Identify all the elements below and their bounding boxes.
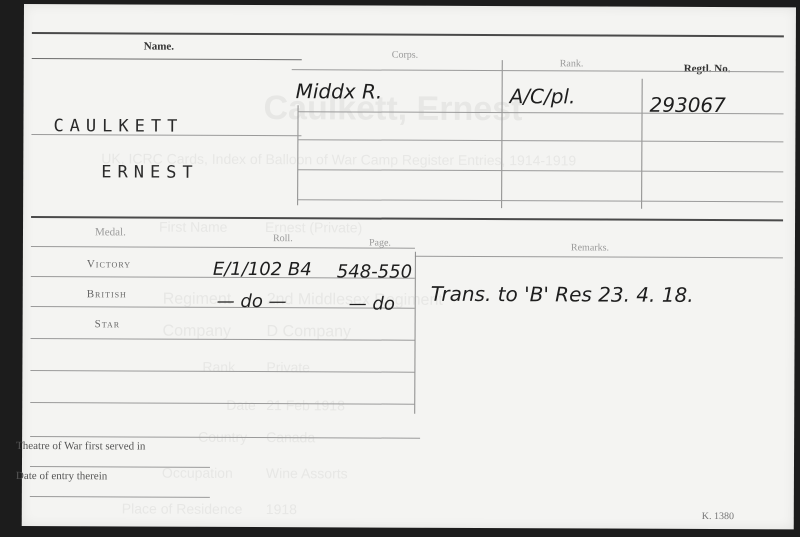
rule-row	[30, 466, 210, 468]
victory-page-value: 548-550	[337, 261, 412, 282]
rule-header-bottom	[32, 58, 302, 60]
british-page-value: — do	[349, 293, 395, 314]
rule-row	[31, 246, 415, 249]
header-corps: Corps.	[392, 50, 418, 61]
surname-value: CAULKETT	[53, 116, 183, 137]
watermark-field-value: 21 Feb 1918	[266, 397, 345, 413]
medal-label-british: British	[87, 288, 127, 300]
rule-row	[297, 139, 783, 142]
header-name: Name.	[144, 41, 174, 53]
form-code: K. 1380	[702, 511, 734, 522]
col-divider-rank	[501, 60, 503, 208]
col-divider-page	[414, 252, 416, 414]
british-roll-value: — do —	[217, 291, 287, 312]
date-entry-label: Date of entry therein	[16, 470, 107, 482]
watermark-field-label: Place of Residence	[122, 500, 243, 517]
rule-row	[30, 402, 414, 405]
header-regtl-no: Regtl. No.	[684, 63, 731, 75]
header-medal: Medal.	[95, 226, 126, 238]
col-divider-regtl	[641, 79, 643, 209]
rank-value: A/C/pl.	[510, 84, 576, 108]
watermark-field-value: Private	[266, 359, 310, 375]
rule-row	[415, 256, 783, 259]
rule-row	[297, 199, 783, 202]
rule-top	[32, 32, 784, 37]
rule-row	[297, 169, 783, 172]
forename-value: ERNEST	[101, 162, 199, 182]
header-rank: Rank.	[560, 58, 584, 69]
theatre-label: Theatre of War first served in	[16, 440, 145, 453]
header-roll: Roll.	[273, 233, 293, 244]
regtl-no-value: 293067	[650, 93, 726, 117]
rule-medal-top	[31, 216, 783, 221]
remarks-value: Trans. to 'B' Res 23. 4. 18.	[431, 282, 694, 307]
medal-label-victory: Victory	[87, 258, 131, 270]
watermark-field-label: First Name	[159, 219, 228, 235]
medal-index-card: Caulkett, Ernest UK, ICRC Cards, Index o…	[22, 4, 796, 529]
watermark-field-value: Wine Assorts	[266, 465, 348, 481]
corps-value: Middx R.	[296, 79, 383, 103]
header-remarks: Remarks.	[571, 242, 609, 253]
victory-roll-value: E/1/102 B4	[213, 259, 312, 280]
medal-label-star: Star	[95, 318, 121, 330]
watermark-field-value: 1918	[266, 501, 297, 517]
watermark-field-label: Date	[226, 397, 256, 413]
watermark-field-label: Rank	[202, 359, 235, 375]
rule-row	[30, 496, 210, 498]
